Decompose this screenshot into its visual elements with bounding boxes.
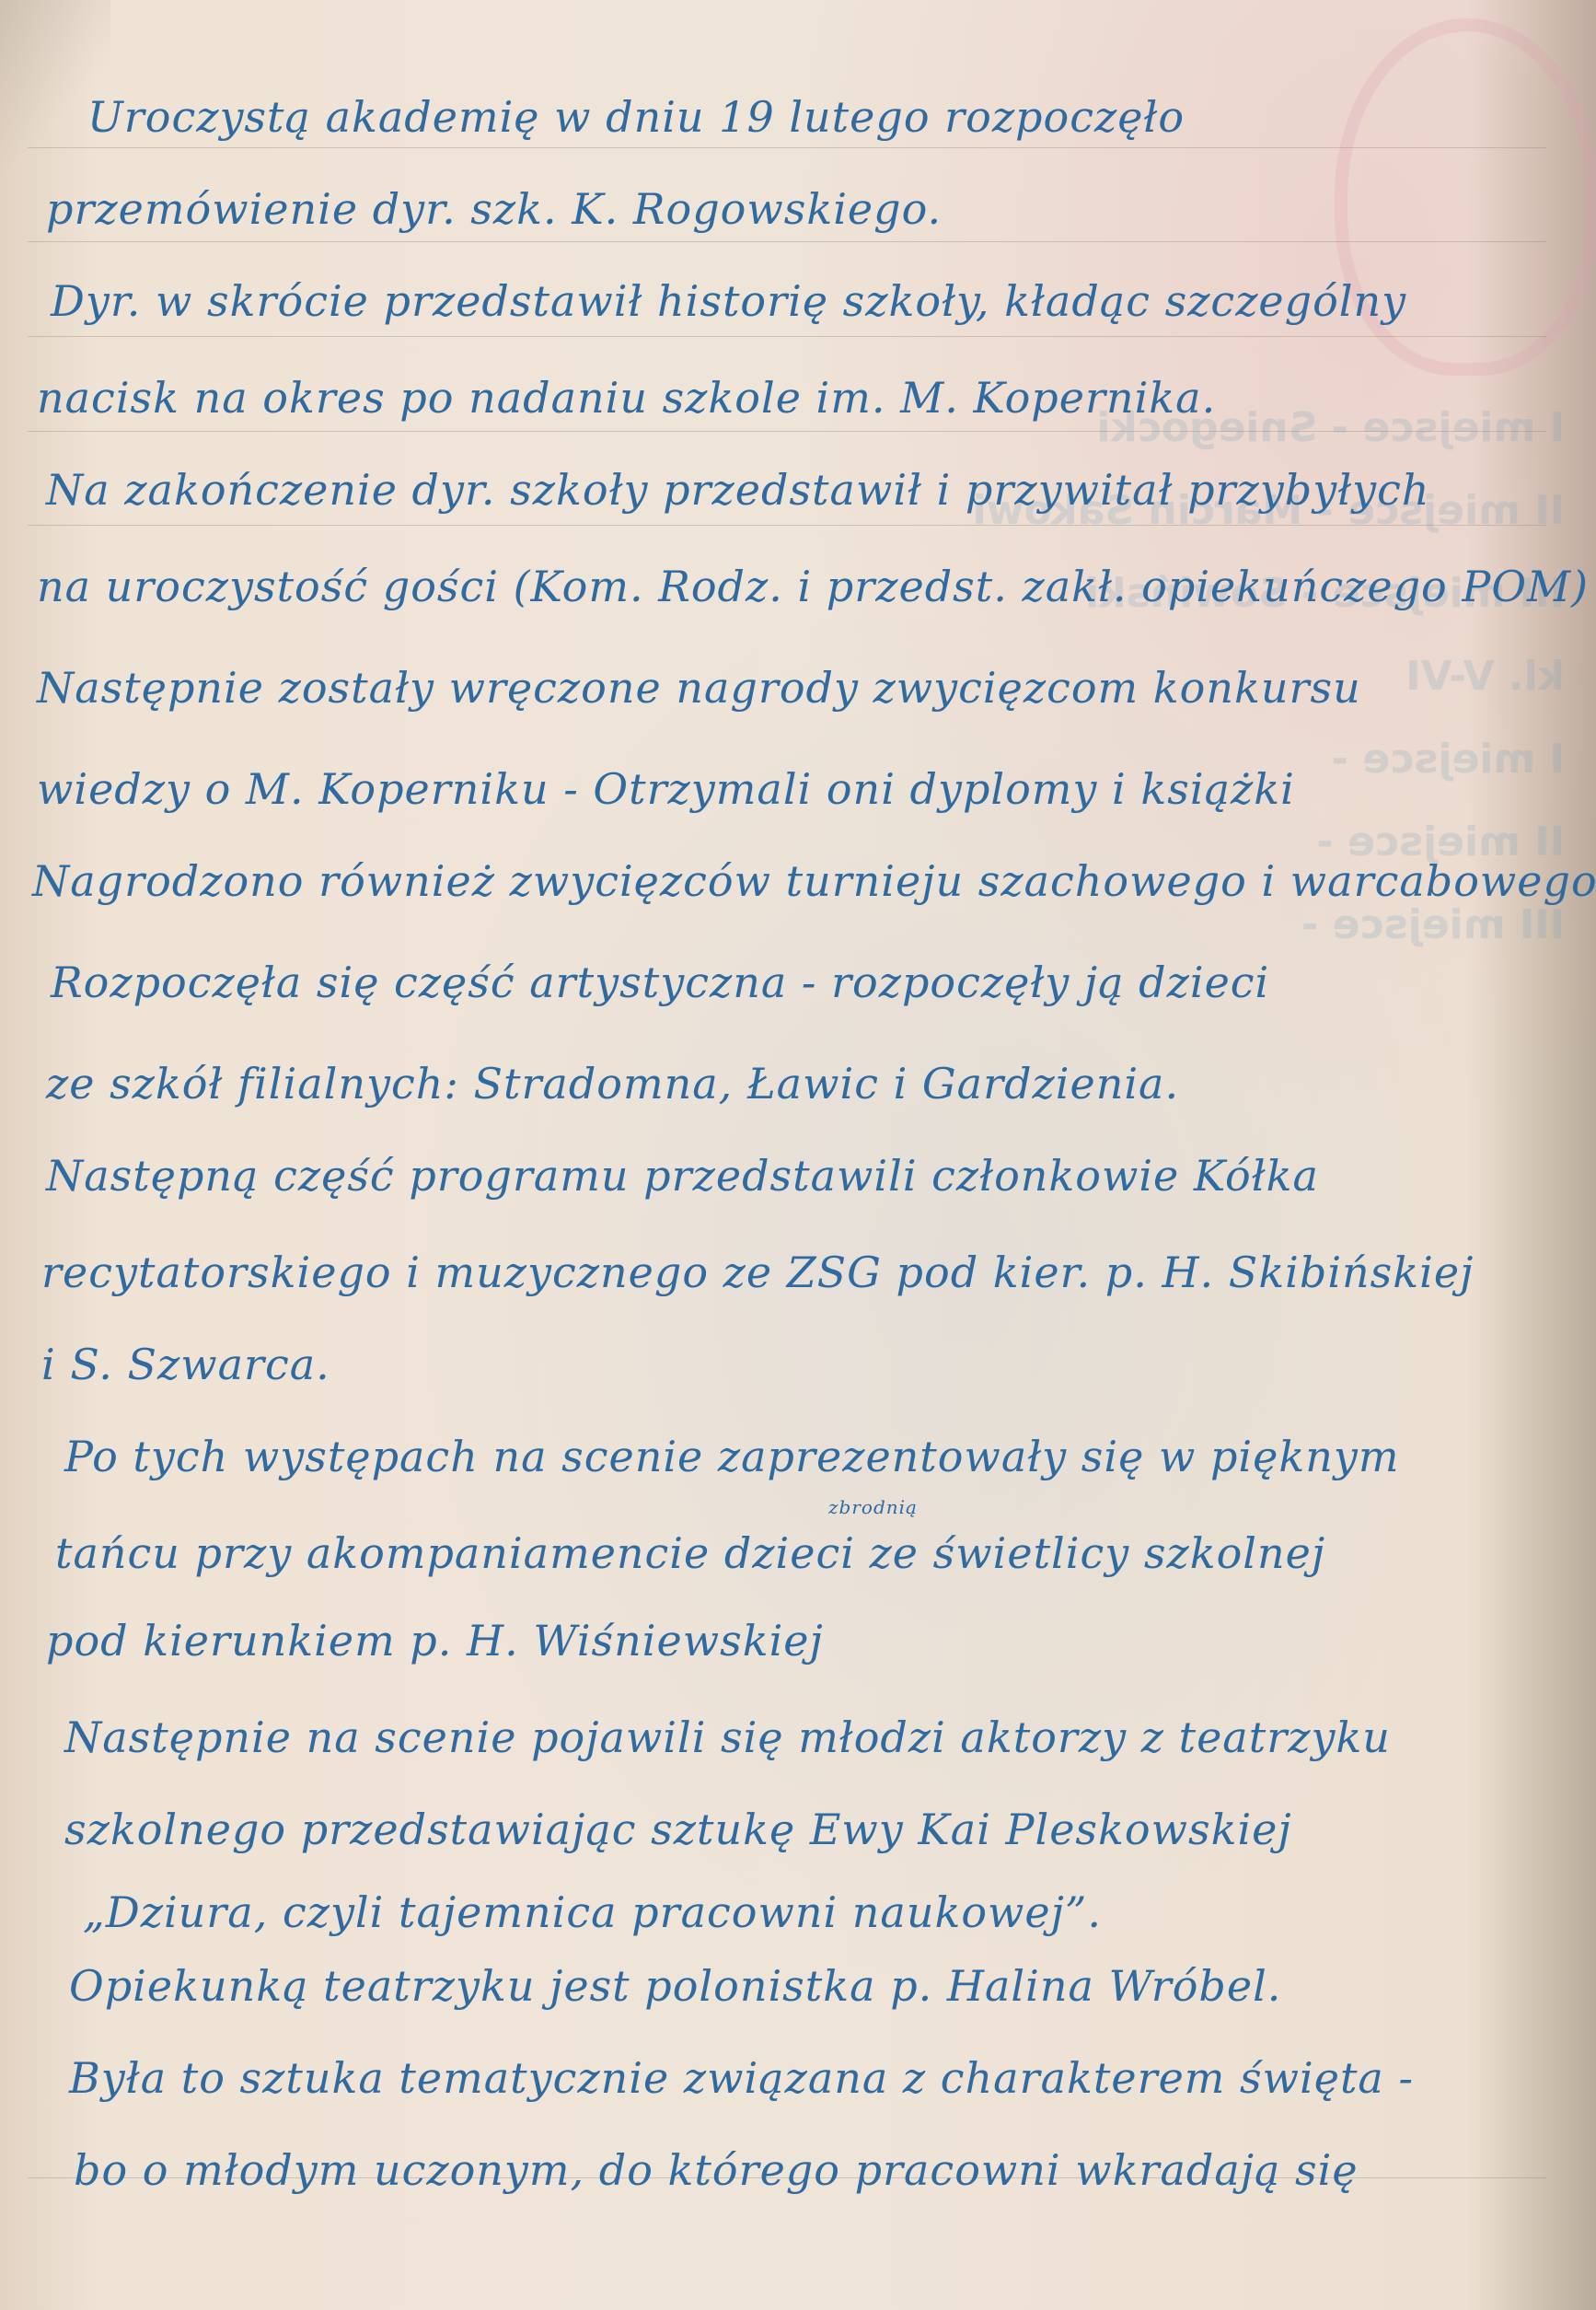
text-line: Uroczystą akademię w dniu 19 lutego rozp… (87, 92, 1185, 142)
ruled-line (28, 241, 1546, 242)
text-line: wiedzy o M. Koperniku - Otrzymali oni dy… (37, 764, 1295, 814)
text-line: Po tych występach na scenie zaprezentowa… (64, 1432, 1399, 1481)
text-line: na uroczystość gości (Kom. Rodz. i przed… (37, 562, 1589, 611)
text-line: tańcu przy akompaniamencie dzieci ze świ… (55, 1528, 1325, 1578)
text-line: szkolnego przedstawiając sztukę Ewy Kai … (64, 1805, 1292, 1854)
paper-page: I miejsce - Sniegocki II miejsce - Marci… (0, 0, 1596, 2310)
text-line: Na zakończenie dyr. szkoły przedstawił i… (46, 465, 1430, 515)
text-line: Dyr. w skrócie przedstawił historię szko… (51, 276, 1406, 326)
text-line: Rozpoczęła się część artystyczna - rozpo… (51, 958, 1269, 1007)
ruled-line (28, 525, 1546, 526)
text-line: nacisk na okres po nadaniu szkole im. M.… (37, 373, 1216, 423)
text-line: ze szkół filialnych: Stradomna, Ławic i … (46, 1059, 1179, 1109)
text-line: bo o młodym uczonym, do którego pracowni… (74, 2145, 1359, 2195)
text-line: Była to sztuka tematycznie związana z ch… (69, 2053, 1414, 2103)
ruled-line (28, 336, 1546, 337)
ruled-line (28, 431, 1546, 432)
text-line: przemówienie dyr. szk. K. Rogowskiego. (46, 184, 942, 234)
text-line: i S. Szwarca. (41, 1340, 330, 1389)
text-line: recytatorskiego i muzycznego ze ZSG pod … (41, 1248, 1474, 1297)
ruled-line (28, 147, 1546, 148)
text-line: Następną część programu przedstawili czł… (46, 1151, 1319, 1201)
text-line: pod kierunkiem p. H. Wiśniewskiej (46, 1616, 824, 1666)
text-line: „Dziura, czyli tajemnica pracowni naukow… (83, 1887, 1102, 1937)
text-line: Następnie zostały wręczone nagrody zwyci… (37, 663, 1361, 713)
text-line: Następnie na scenie pojawili się młodzi … (64, 1712, 1391, 1762)
text-line: Nagrodzono również zwycięzców turnieju s… (32, 856, 1596, 906)
interlinear-note: zbrodnią (828, 1496, 918, 1518)
text-line: Opiekunką teatrzyku jest polonistka p. H… (69, 1961, 1281, 2011)
